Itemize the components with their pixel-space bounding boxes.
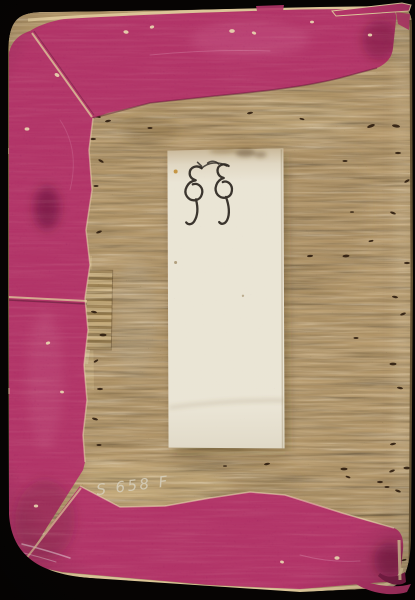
photo-grain (0, 0, 415, 600)
photo-canvas: S 658 F (0, 0, 415, 600)
book-cover-photo: S 658 F (0, 0, 415, 600)
